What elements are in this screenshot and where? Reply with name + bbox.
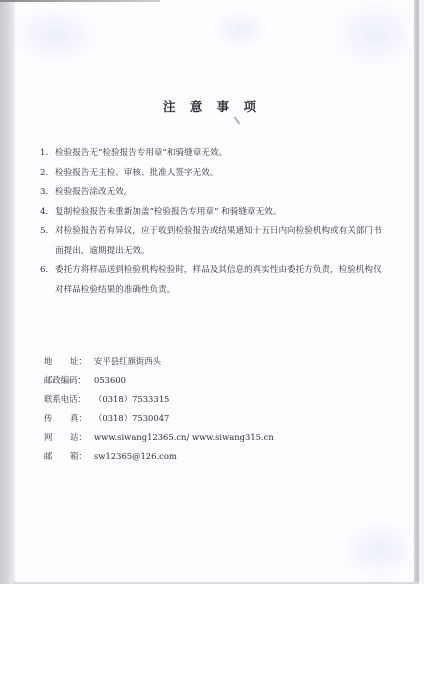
note-text: 检验报告无主检、审核、批准人签字无效。 <box>55 168 218 178</box>
email-value: sw12365@126.com <box>94 451 177 461</box>
page-title: 注 意 事 项 <box>0 97 424 115</box>
note-item: 6. 委托方将样品送到检验机构检验时，样品及其信息的真实性由委托方负责，检验机构… <box>40 261 390 300</box>
scan-edge-right <box>419 0 424 584</box>
postcode-row: 邮政编码：053600 <box>44 371 364 390</box>
note-number: 1. <box>40 144 48 164</box>
address-value: 安平县红旗街西头 <box>94 356 161 366</box>
note-text: 委托方将样品送到检验机构检验时，样品及其信息的真实性由委托方负责，检验机构仅对样… <box>55 265 382 295</box>
note-number: 6. <box>40 261 48 281</box>
scan-edge-bottom <box>13 582 419 584</box>
website-value: www.siwang12365.cn/ www.siwang315.cn <box>94 432 274 442</box>
phone-row: 联系电话：（0318）7533315 <box>44 390 364 409</box>
pen-mark <box>234 116 241 125</box>
note-text: 检验报告无“检验报告专用章”和骑缝章无效。 <box>55 148 227 158</box>
note-item: 3. 检验报告涂改无效。 <box>40 183 390 203</box>
fax-value: （0318）7530047 <box>94 413 169 423</box>
website-label: 网站： <box>44 428 94 447</box>
email-row: 邮箱：sw12365@126.com <box>44 447 364 466</box>
fax-row: 传真：（0318）7530047 <box>44 409 364 428</box>
address-row: 地址：安平县红旗街西头 <box>44 352 364 371</box>
scan-smudge <box>330 0 420 70</box>
contact-info: 地址：安平县红旗街西头 邮政编码：053600 联系电话：（0318）75333… <box>44 352 364 466</box>
note-item: 1. 检验报告无“检验报告专用章”和骑缝章无效。 <box>40 144 390 164</box>
note-item: 2. 检验报告无主检、审核、批准人签字无效。 <box>40 164 390 184</box>
note-item: 5. 对检验报告若有异议，应于收到检验报告或结果通知十五日内向检验机构或有关部门… <box>40 222 390 261</box>
note-item: 4. 复制检验报告未重新加盖“检验报告专用章” 和骑缝章无效。 <box>40 203 390 223</box>
phone-value: （0318）7533315 <box>94 394 169 404</box>
address-label: 地址： <box>44 352 94 371</box>
note-number: 4. <box>40 203 48 223</box>
scan-shadow-left <box>0 0 13 584</box>
note-text: 检验报告涂改无效。 <box>55 187 132 197</box>
note-number: 5. <box>40 222 48 242</box>
note-number: 2. <box>40 164 48 184</box>
scan-edge-top <box>0 0 160 2</box>
notes-list: 1. 检验报告无“检验报告专用章”和骑缝章无效。 2. 检验报告无主检、审核、批… <box>40 144 390 300</box>
website-row: 网站：www.siwang12365.cn/ www.siwang315.cn <box>44 428 364 447</box>
postcode-label: 邮政编码： <box>44 371 94 390</box>
scanned-page: 注 意 事 项 1. 检验报告无“检验报告专用章”和骑缝章无效。 2. 检验报告… <box>0 0 424 584</box>
email-label: 邮箱： <box>44 447 94 466</box>
scan-smudge <box>10 5 100 65</box>
note-text: 对检验报告若有异议，应于收到检验报告或结果通知十五日内向检验机构或有关部门书面提… <box>55 226 382 256</box>
phone-label: 联系电话： <box>44 390 94 409</box>
note-text: 复制检验报告未重新加盖“检验报告专用章” 和骑缝章无效。 <box>55 207 281 217</box>
postcode-value: 053600 <box>94 375 126 385</box>
scan-smudge <box>340 520 420 580</box>
fax-label: 传真： <box>44 409 94 428</box>
scan-smudge <box>210 10 270 50</box>
scan-edge-left <box>13 0 15 584</box>
note-number: 3. <box>40 183 48 203</box>
